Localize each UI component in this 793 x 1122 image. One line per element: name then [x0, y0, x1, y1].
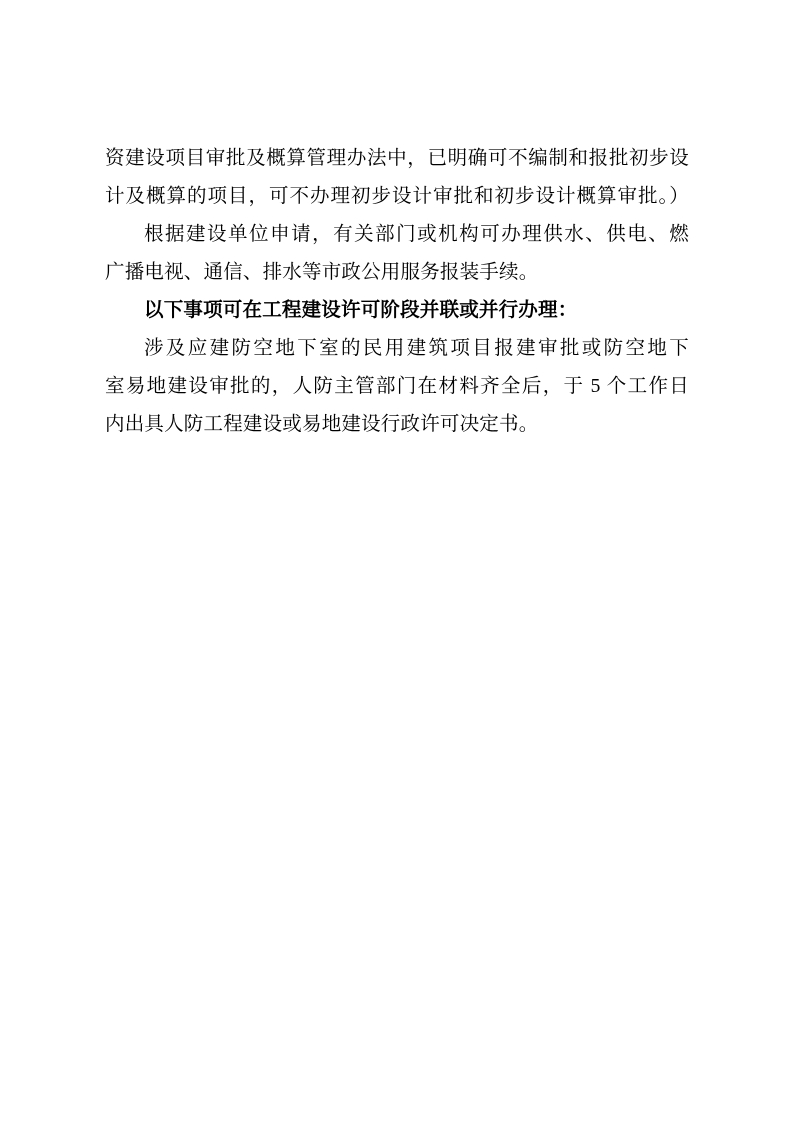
text-line-6: 涉及应建防空地下室的民用建筑项目报建审批或防空地下	[105, 330, 689, 368]
text-line-7: 室易地建设审批的，人防主管部门在材料齐全后，于 5 个工作日	[105, 368, 689, 406]
text-line-4: 广播电视、通信、排水等市政公用服务报装手续。	[105, 254, 689, 292]
text-line-2: 计及概算的项目，可不办理初步设计审批和初步设计概算审批。）	[105, 178, 689, 216]
bold-heading-line: 以下事项可在工程建设许可阶段并联或并行办理：	[105, 292, 689, 330]
text-block: 资建设项目审批及概算管理办法中，已明确可不编制和报批初步设 计及概算的项目，可不…	[105, 140, 689, 444]
text-line-3: 根据建设单位申请，有关部门或机构可办理供水、供电、燃气、	[105, 216, 689, 254]
text-line-8: 内出具人防工程建设或易地建设行政许可决定书。	[105, 406, 689, 444]
document-page: 资建设项目审批及概算管理办法中，已明确可不编制和报批初步设 计及概算的项目，可不…	[0, 0, 793, 1122]
text-line-1: 资建设项目审批及概算管理办法中，已明确可不编制和报批初步设	[105, 140, 689, 178]
